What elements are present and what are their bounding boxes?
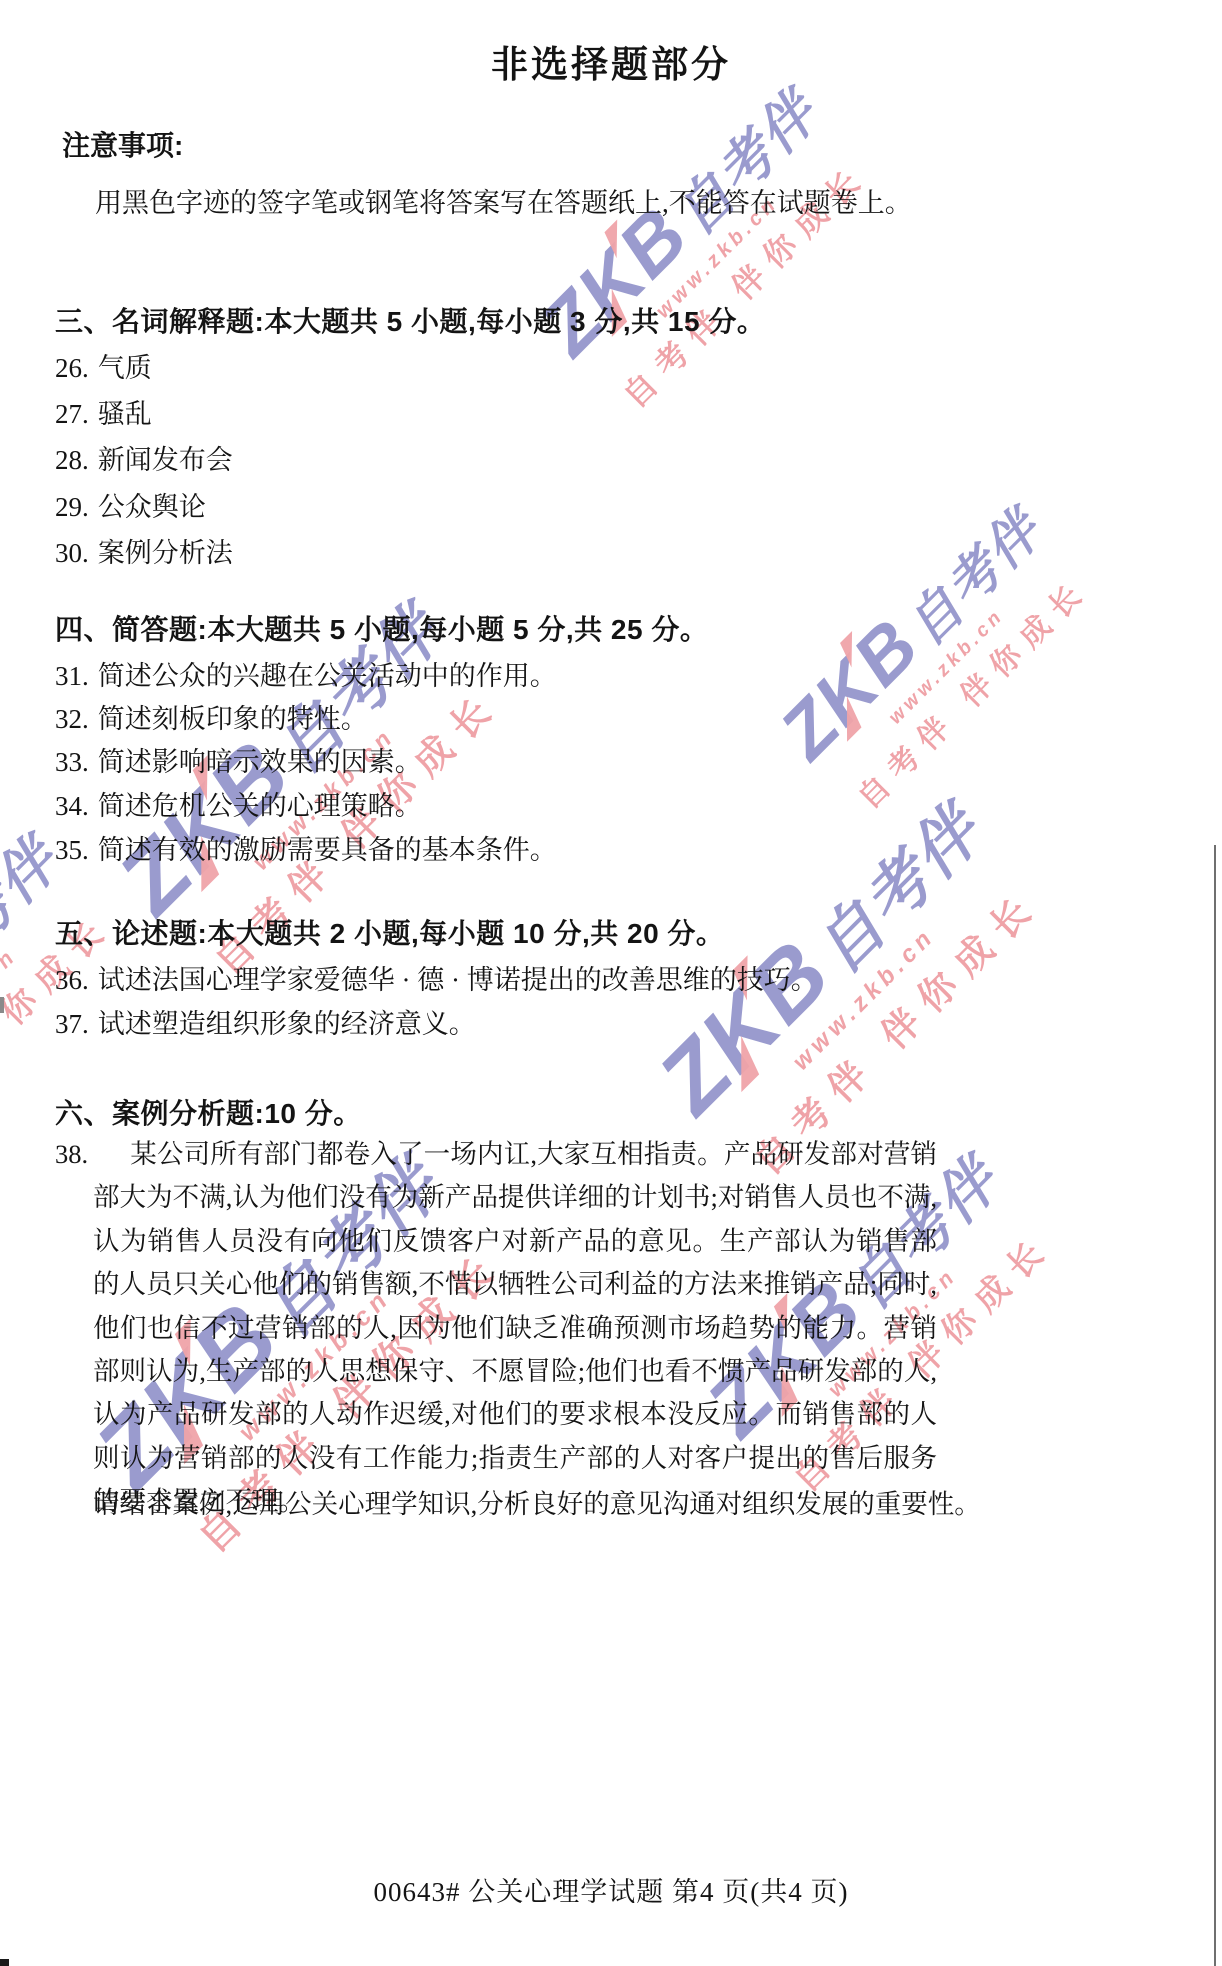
question-36: 36.试述法国心理学家爱德华 · 德 · 博诺提出的改善思维的技巧。 — [55, 958, 818, 997]
page-content: 非选择题部分 注意事项: 用黑色字迹的签字笔或钢笔将答案写在答题纸上,不能答在试… — [0, 0, 1222, 1966]
question-32: 32.简述刻板印象的特性。 — [55, 697, 368, 736]
question-number: 31. — [55, 661, 89, 691]
question-number: 33. — [55, 747, 89, 777]
scan-artifact-left-dash — [0, 997, 4, 1013]
section-heading-3: 三、名词解释题:本大题共 5 小题,每小题 3 分,共 15 分。 — [55, 300, 765, 340]
question-31: 31.简述公众的兴趣在公关活动中的作用。 — [55, 654, 557, 693]
question-text: 试述塑造组织形象的经济意义。 — [98, 1009, 476, 1039]
question-number: 27. — [55, 399, 89, 429]
question-text: 简述影响暗示效果的因素。 — [98, 747, 422, 777]
question-text: 简述公众的兴趣在公关活动中的作用。 — [98, 661, 557, 691]
question-number: 37. — [55, 1009, 89, 1039]
question-26: 26.气质 — [55, 346, 152, 385]
question-37: 37.试述塑造组织形象的经济意义。 — [55, 1002, 476, 1041]
question-text: 试述法国心理学家爱德华 · 德 · 博诺提出的改善思维的技巧。 — [98, 965, 818, 995]
case-closing-text: 请结合案例,运用公关心理学知识,分析良好的意见沟通对组织发展的重要性。 — [93, 1482, 981, 1521]
question-number: 36. — [55, 965, 89, 995]
question-34: 34.简述危机公关的心理策略。 — [55, 784, 422, 823]
section-heading-5: 五、论述题:本大题共 2 小题,每小题 10 分,共 20 分。 — [55, 912, 724, 952]
notice-text: 用黑色字迹的签字笔或钢笔将答案写在答题纸上,不能答在试题卷上。 — [95, 181, 912, 220]
question-33: 33.简述影响暗示效果的因素。 — [55, 740, 422, 779]
exam-paper-page: ZKB自考伴 www.zkb.cn 自考伴 伴你成长 ZKB自考伴 www.zk… — [0, 0, 1222, 1966]
question-text: 简述有效的激励需要具备的基本条件。 — [98, 835, 557, 865]
question-text: 气质 — [98, 353, 152, 383]
notice-label: 注意事项: — [62, 124, 183, 164]
question-28: 28.新闻发布会 — [55, 438, 233, 477]
question-number: 34. — [55, 791, 89, 821]
page-title: 非选择题部分 — [0, 34, 1222, 88]
question-number: 30. — [55, 538, 89, 568]
question-text: 骚乱 — [98, 399, 152, 429]
question-number: 32. — [55, 704, 89, 734]
question-text: 简述危机公关的心理策略。 — [98, 791, 422, 821]
question-number: 38. — [55, 1139, 88, 1169]
question-number: 29. — [55, 492, 89, 522]
question-30: 30.案例分析法 — [55, 531, 233, 570]
question-text: 新闻发布会 — [98, 445, 233, 475]
question-number: 35. — [55, 835, 89, 865]
question-35: 35.简述有效的激励需要具备的基本条件。 — [55, 828, 557, 867]
question-number: 28. — [55, 445, 89, 475]
question-number: 26. — [55, 353, 89, 383]
question-text: 案例分析法 — [98, 538, 233, 568]
question-text: 简述刻板印象的特性。 — [98, 704, 368, 734]
question-38: 38.某公司所有部门都卷入了一场内讧,大家互相指责。产品研发部对营销部大为不满,… — [55, 1133, 937, 1524]
case-body-text: 某公司所有部门都卷入了一场内讧,大家互相指责。产品研发部对营销部大为不满,认为他… — [93, 1139, 937, 1516]
page-footer: 00643# 公关心理学试题 第4 页(共4 页) — [0, 1870, 1222, 1909]
scan-artifact-corner-dot — [0, 1959, 9, 1966]
question-29: 29.公众舆论 — [55, 485, 206, 524]
section-heading-6: 六、案例分析题:10 分。 — [55, 1092, 362, 1132]
question-text: 公众舆论 — [98, 492, 206, 522]
scan-artifact-right-line — [1214, 845, 1216, 1966]
question-27: 27.骚乱 — [55, 392, 152, 431]
section-heading-4: 四、简答题:本大题共 5 小题,每小题 5 分,共 25 分。 — [55, 608, 708, 648]
